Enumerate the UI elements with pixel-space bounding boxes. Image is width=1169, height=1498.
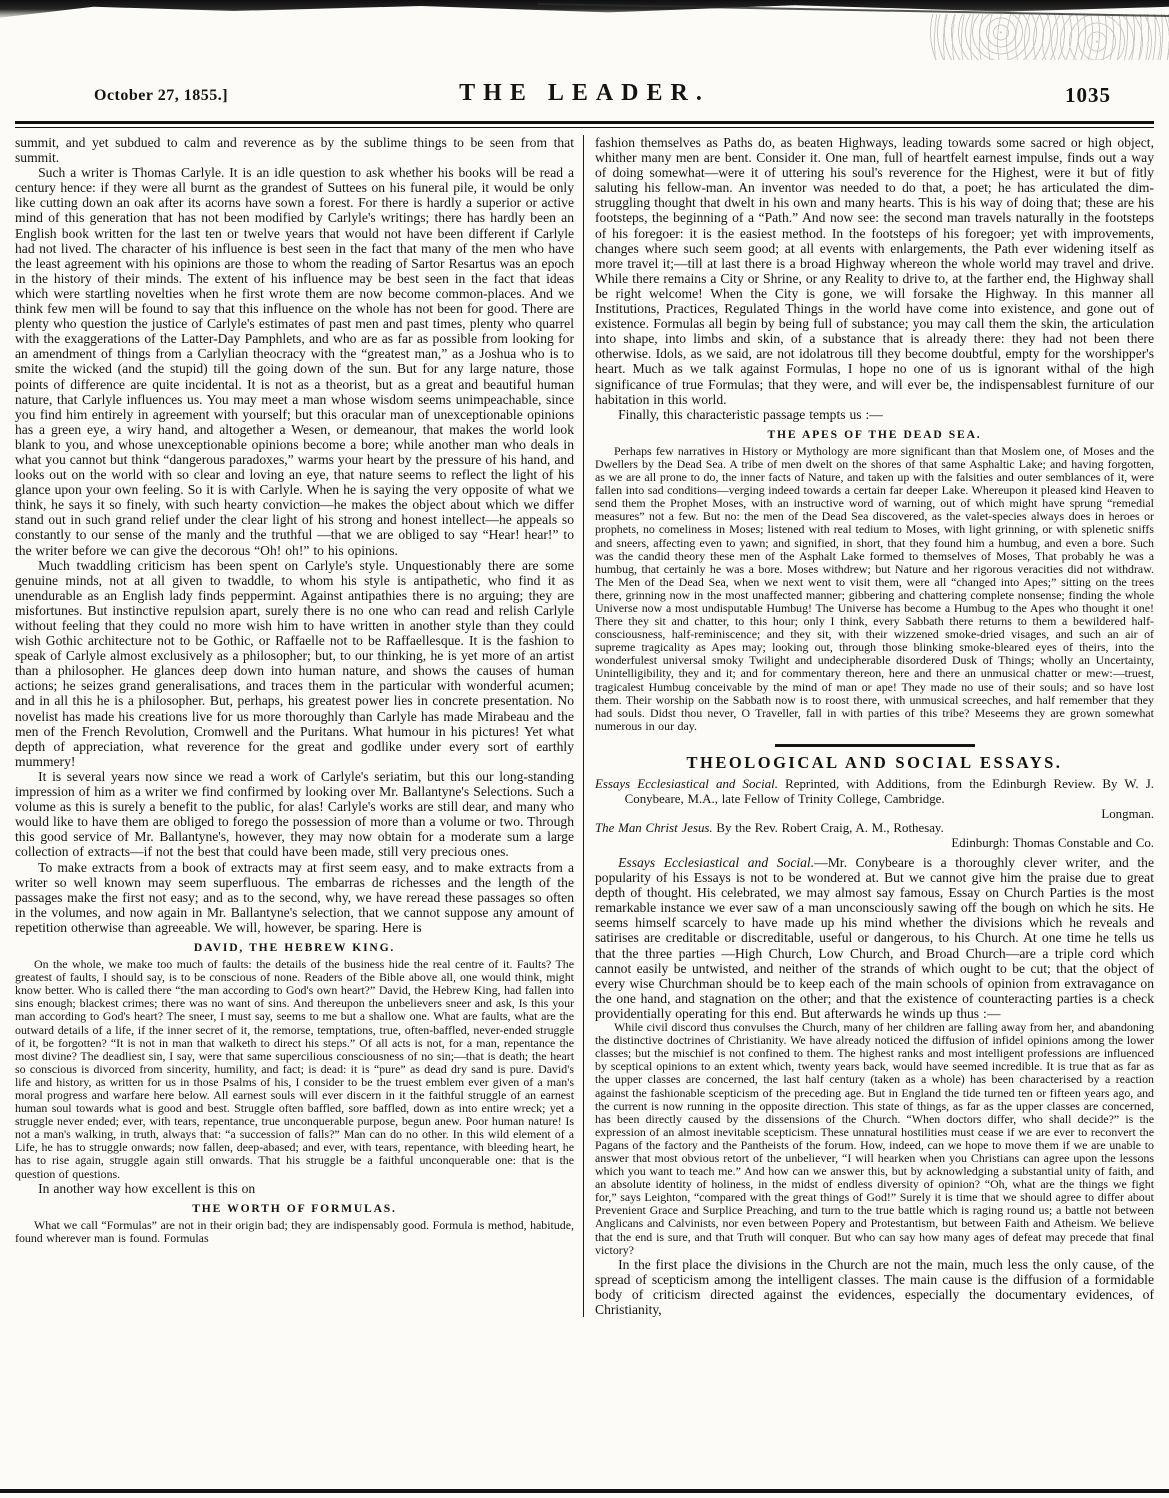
section-heading: THEOLOGICAL AND SOCIAL ESSAYS. [595,755,1154,770]
scan-crack-line [538,3,1169,17]
block-quote: While civil discord thus convulses the C… [595,1021,1154,1257]
article-paragraph: In the first place the divisions in the … [595,1257,1154,1317]
book-citations: Essays Ecclesiastical and Social. Reprin… [595,777,1154,851]
article-paragraph: summit, and yet subdued to calm and reve… [15,135,574,165]
left-column: summit, and yet subdued to calm and reve… [15,135,583,1317]
article-paragraph: Finally, this characteristic passage tem… [595,407,1154,422]
article-paragraph: Much twaddling criticism has been spent … [15,558,574,769]
scan-speckle [929,14,1169,60]
publisher: Edinburgh: Thomas Constable and Co. [625,836,1154,851]
article-paragraph: Such a writer is Thomas Carlyle. It is a… [15,165,574,557]
review-lead-title: Essays Ecclesiastical and Social. [618,855,814,870]
citation-detail: By the Rev. Robert Craig, A. M., Rothesa… [713,821,944,835]
extract-heading: THE APES OF THE DEAD SEA. [595,427,1154,442]
extract-heading: DAVID, THE HEBREW KING. [15,940,574,955]
masthead: October 27, 1855.] THE LEADER. 1035 [0,80,1169,116]
extract-text: What we call “Formulas” are not in their… [15,1219,574,1245]
review-paragraph: Essays Ecclesiastical and Social.—Mr. Co… [595,855,1154,1021]
book-title: Essays Ecclesiastical and Social. [595,777,778,791]
right-column: fashion themselves as Paths do, as beate… [583,135,1154,1317]
book-title: The Man Christ Jesus. [595,821,713,835]
article-paragraph: It is several years now since we read a … [15,769,574,860]
scan-dark-band [0,0,1169,20]
book-citation: The Man Christ Jesus. By the Rev. Robert… [595,821,1154,851]
book-citation: Essays Ecclesiastical and Social. Reprin… [595,777,1154,821]
article-columns: summit, and yet subdued to calm and reve… [0,128,1169,1317]
page-number: 1035 [1065,83,1111,108]
article-paragraph: To make extracts from a book of extracts… [15,860,574,935]
page-bottom-rule [0,1489,1169,1493]
scan-edge-artifact [0,0,1169,26]
section-divider-rule [775,744,975,747]
extract-text: Perhaps few narratives in History or Myt… [595,445,1154,733]
extract-text: On the whole, we make too much of faults… [15,958,574,1181]
page-title: THE LEADER. [0,80,1169,107]
review-text: —Mr. Conybeare is a thoroughly clever wr… [595,855,1154,1021]
extract-heading: THE WORTH OF FORMULAS. [15,1201,574,1216]
newspaper-page: October 27, 1855.] THE LEADER. 1035 summ… [0,0,1169,1498]
article-paragraph: In another way how excellent is this on [15,1181,574,1196]
masthead-rule [15,121,1154,128]
publisher: Longman. [625,807,1154,822]
article-paragraph: fashion themselves as Paths do, as beate… [595,135,1154,407]
